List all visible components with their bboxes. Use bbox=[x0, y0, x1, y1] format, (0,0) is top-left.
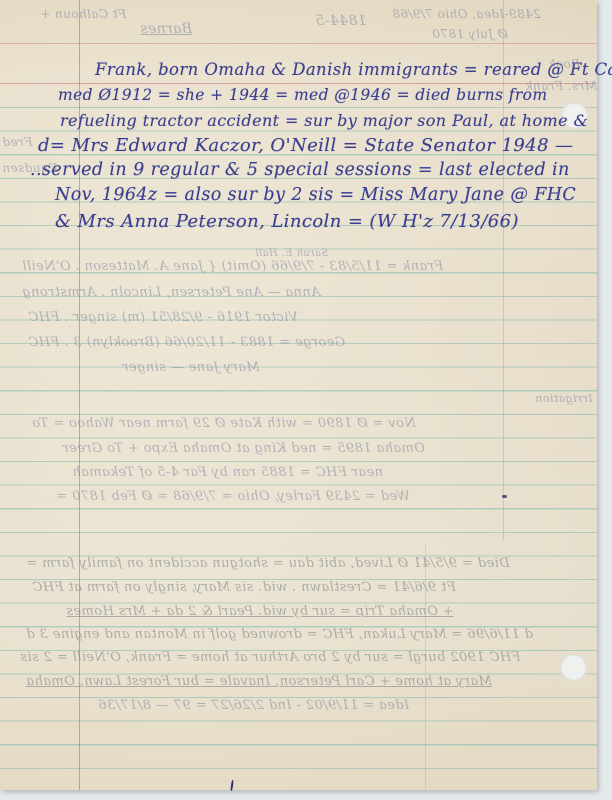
red-header-line-top bbox=[0, 43, 597, 44]
bleedthrough-line: George = 1883 - 11/20/66 (Brooklyn) 3 . … bbox=[28, 336, 345, 349]
handwriting-line: med Ø1912 = she + 1944 = med @1946 = die… bbox=[58, 88, 548, 104]
bleedthrough-line: Mrs. Frank bbox=[525, 80, 597, 92]
scanned-document: Frank, born Omaha & Danish immigrants = … bbox=[0, 0, 612, 800]
bleedthrough-line: Ft 9/6/41 = Crestlawn . wid. sis Mary, s… bbox=[32, 581, 456, 594]
bleedthrough-line: Victor 1916 - 9/28/51 (m) singer . FHC bbox=[28, 311, 298, 324]
red-margin-line-right bbox=[503, 0, 504, 540]
bleedthrough-line: Sarah E. Hall bbox=[255, 249, 328, 259]
bleedthrough-line: + Omaha Trip = sur by wid. Pearl & 2 da … bbox=[66, 605, 454, 618]
bleedthrough-line: Knudsen bbox=[2, 162, 58, 174]
handwriting-line: Nov, 1964z = also sur by 2 sis = Miss Ma… bbox=[55, 187, 576, 205]
bleedthrough-line: Omaha 1895 = ned King at Omaha Expo + To… bbox=[62, 442, 425, 455]
handwriting-line: d= Mrs Edward Kaczor, O'Neill = State Se… bbox=[38, 137, 573, 155]
handwriting-line: Frank, born Omaha & Danish immigrants = … bbox=[95, 62, 612, 79]
handwriting-line: & Mrs Anna Peterson, Lincoln = (W H'z 7/… bbox=[55, 213, 519, 231]
ruled-lines bbox=[0, 107, 597, 770]
bleedthrough-line: Nov = Ø 1890 = with Kate Ø 29 farm near … bbox=[32, 417, 416, 430]
bleedthrough-line: FHC 1902 burgl = sur by 2 bro Arthur at … bbox=[20, 651, 521, 664]
handwriting-line: refueling tractor accident = sur by majo… bbox=[60, 113, 588, 129]
bleedthrough-line: Barnes bbox=[140, 22, 192, 36]
handwriting-line: ..served in 9 regular & 5 special sessio… bbox=[30, 162, 570, 180]
red-header-line-second bbox=[0, 83, 597, 84]
bleedthrough-line: d 11/6/96 = Mary Lukan, FHC = drowned go… bbox=[26, 628, 533, 641]
bleedthrough-line: Ø July 1870 bbox=[432, 28, 508, 40]
bleedthrough-line: Wed = 2439 Farley, Ohio = 7/9/68 = Ø Feb… bbox=[56, 490, 410, 503]
bleedthrough-line: Fred bbox=[2, 136, 32, 148]
bleedthrough-line: Anna — Ane Petersen, Lincoln . Armstrong bbox=[22, 286, 320, 299]
bleedthrough-line: Frank = 11/5/83 - 7/9/66 (Omit) { Jane A… bbox=[22, 260, 443, 273]
hole-punch-bottom bbox=[560, 654, 587, 681]
bleedthrough-line: near FHC = 1885 ran by Far 4-5 of Tekama… bbox=[72, 466, 383, 479]
bleedthrough-line: 1844-5 bbox=[315, 14, 367, 28]
bleedthrough-line: Idea = 11/9/02 - Ind 2/26/27 = 97 — 8/17… bbox=[98, 699, 409, 712]
bleedthrough-line: Mary at home + Carl Peterson, Inavale = … bbox=[26, 675, 492, 688]
bleedthrough-line: 2489-Idea, Ohio 7/9/68 bbox=[392, 8, 541, 20]
bleedthrough-line: Ft Calhoun + bbox=[40, 8, 126, 20]
bleedthrough-line: Mary Jane — singer bbox=[122, 361, 260, 374]
bleedthrough-line: Irrigation bbox=[535, 393, 593, 404]
bleedthrough-line: Died = 9/5/41 Ø Lived, abit dau = shotgu… bbox=[26, 557, 510, 570]
bleedthrough-line: Book bbox=[548, 58, 580, 70]
ink-speck bbox=[502, 495, 507, 498]
